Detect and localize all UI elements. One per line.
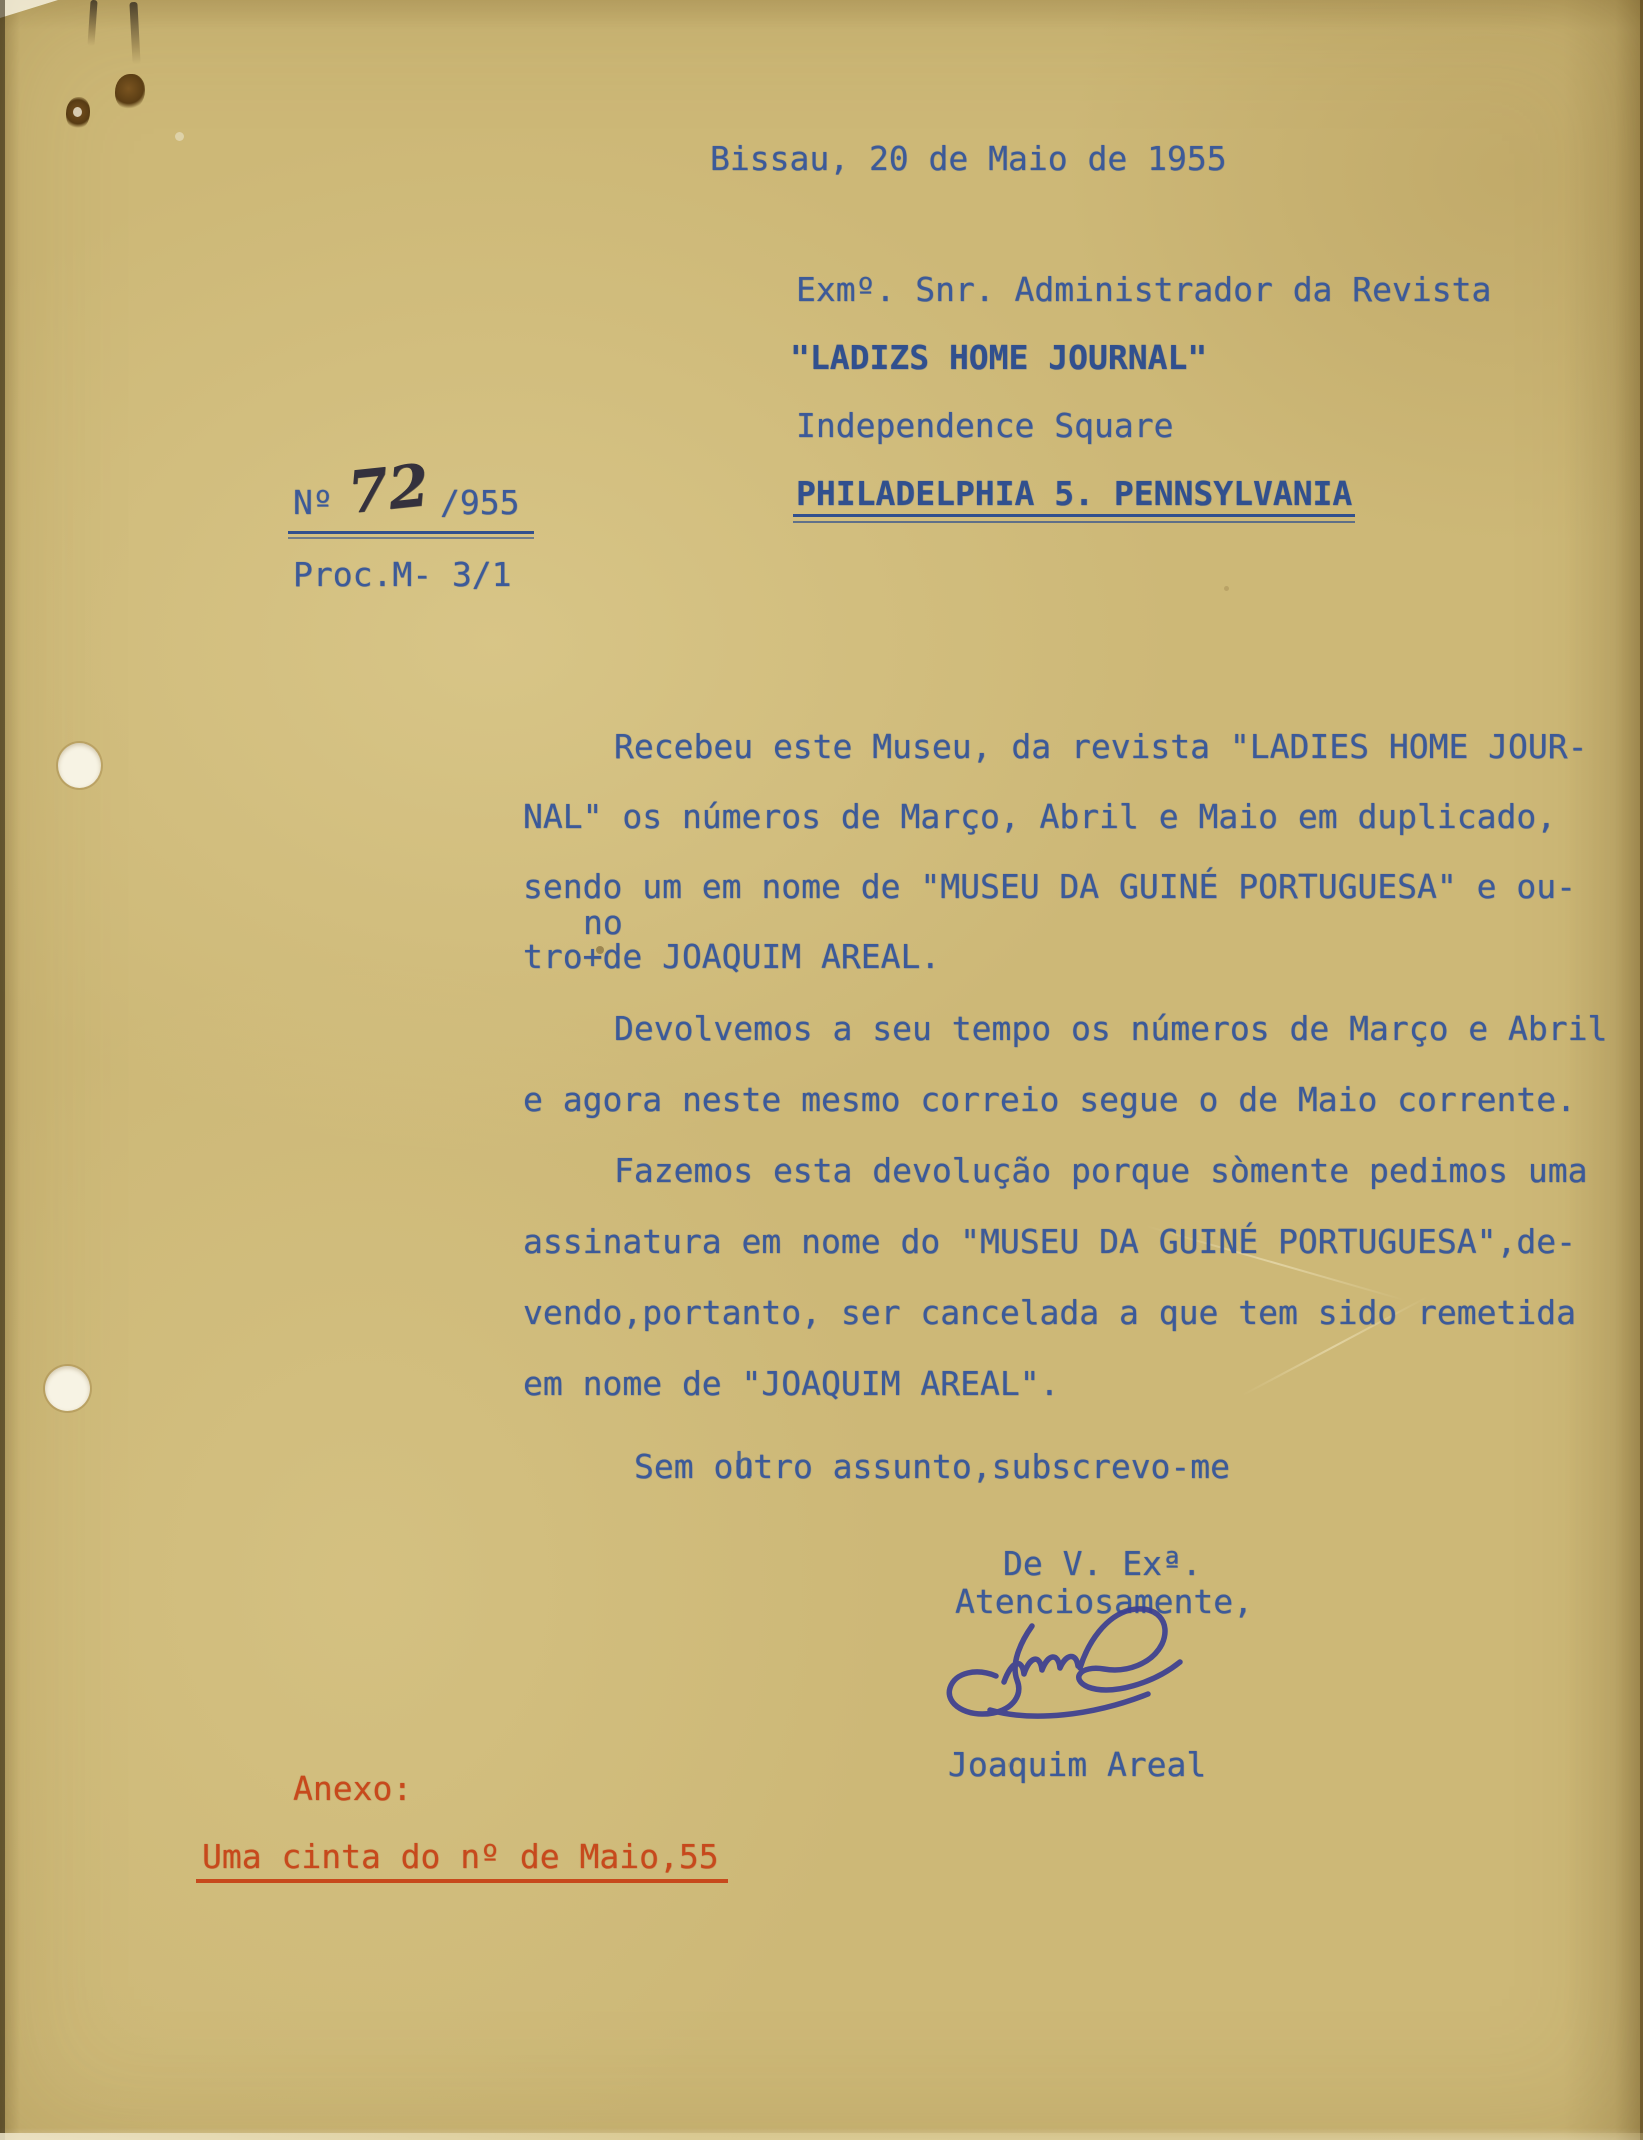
body-line-p3-2: assinatura em nome do "MUSEU DA GUINÉ PO… [523,1225,1576,1258]
paper-fleck [175,132,184,141]
recipient-underline-1 [793,514,1355,517]
recipient-line-3: Independence Square [796,409,1174,442]
signature-stroke-loop [1079,1609,1180,1690]
overstrike-characters: hu [733,1450,753,1483]
body-line-p2-1: Devolvemos a seu tempo os números de Mar… [614,1012,1607,1045]
closing-post: tro assunto,subscrevo-me [753,1447,1230,1486]
overstrike-over: u [733,1450,753,1483]
date-line: Bissau, 20 de Maio de 1955 [710,142,1227,175]
reference-number-label: Nº [293,486,333,519]
body-line-p3-1: Fazemos esta devolução porque sòmente pe… [614,1154,1588,1187]
recipient-line-2: "LADIZS HOME JOURNAL" [790,341,1207,374]
valediction-line-1: De V. Exª. [1003,1547,1202,1580]
body-line-p2-2: e agora neste mesmo correio segue o de M… [523,1083,1576,1116]
body-line-p3-3: vendo,portanto, ser cancelada a que tem … [523,1296,1576,1329]
body-line-p1-2: NAL" os números de Março, Abril e Maio e… [523,800,1556,833]
handwritten-number: 72 [345,451,432,527]
signature [920,1598,1220,1738]
annex-item: Uma cinta do nº de Maio,55 [202,1840,719,1873]
scanned-letter-page: Bissau, 20 de Maio de 1955 Exmº. Snr. Ad… [0,0,1643,2140]
paper-background [0,0,1643,2140]
reference-underline-1 [288,531,534,534]
closing-pre: Sem o [634,1447,733,1486]
ink-speck-3 [1224,586,1229,591]
body-line-p3-4: em nome de "JOAQUIM AREAL". [523,1367,1059,1400]
reference-number-year: /955 [440,486,519,519]
reference-underline-2 [288,537,534,539]
signed-name: Joaquim Areal [948,1748,1206,1781]
annex-label: Anexo: [293,1772,412,1805]
insertion-correction: no [583,906,623,939]
recipient-line-1: Exmº. Snr. Administrador da Revista [796,273,1491,306]
body-line-p1-4: tro+de JOAQUIM AREAL. [523,940,940,973]
rust-glint [73,107,82,117]
recipient-underline-2 [793,521,1355,523]
body-line-p1-1: Recebeu este Museu, da revista "LADIES H… [614,730,1588,763]
recipient-line-4: PHILADELPHIA 5. PENNSYLVANIA [796,477,1352,510]
signature-stroke-j [949,1626,1032,1714]
paper-left-edge [0,0,5,2140]
annex-underline [196,1879,728,1883]
punch-hole-bottom [45,1366,90,1411]
body-line-p1-3: sendo um em nome de "MUSEU DA GUINÉ PORT… [523,870,1576,903]
process-number: Proc.M- 3/1 [293,558,512,591]
paper-bottom-edge [0,2133,1643,2140]
closing-line: Sem ohutro assunto,subscrevo-me [634,1450,1230,1483]
punch-hole-top [58,743,101,788]
